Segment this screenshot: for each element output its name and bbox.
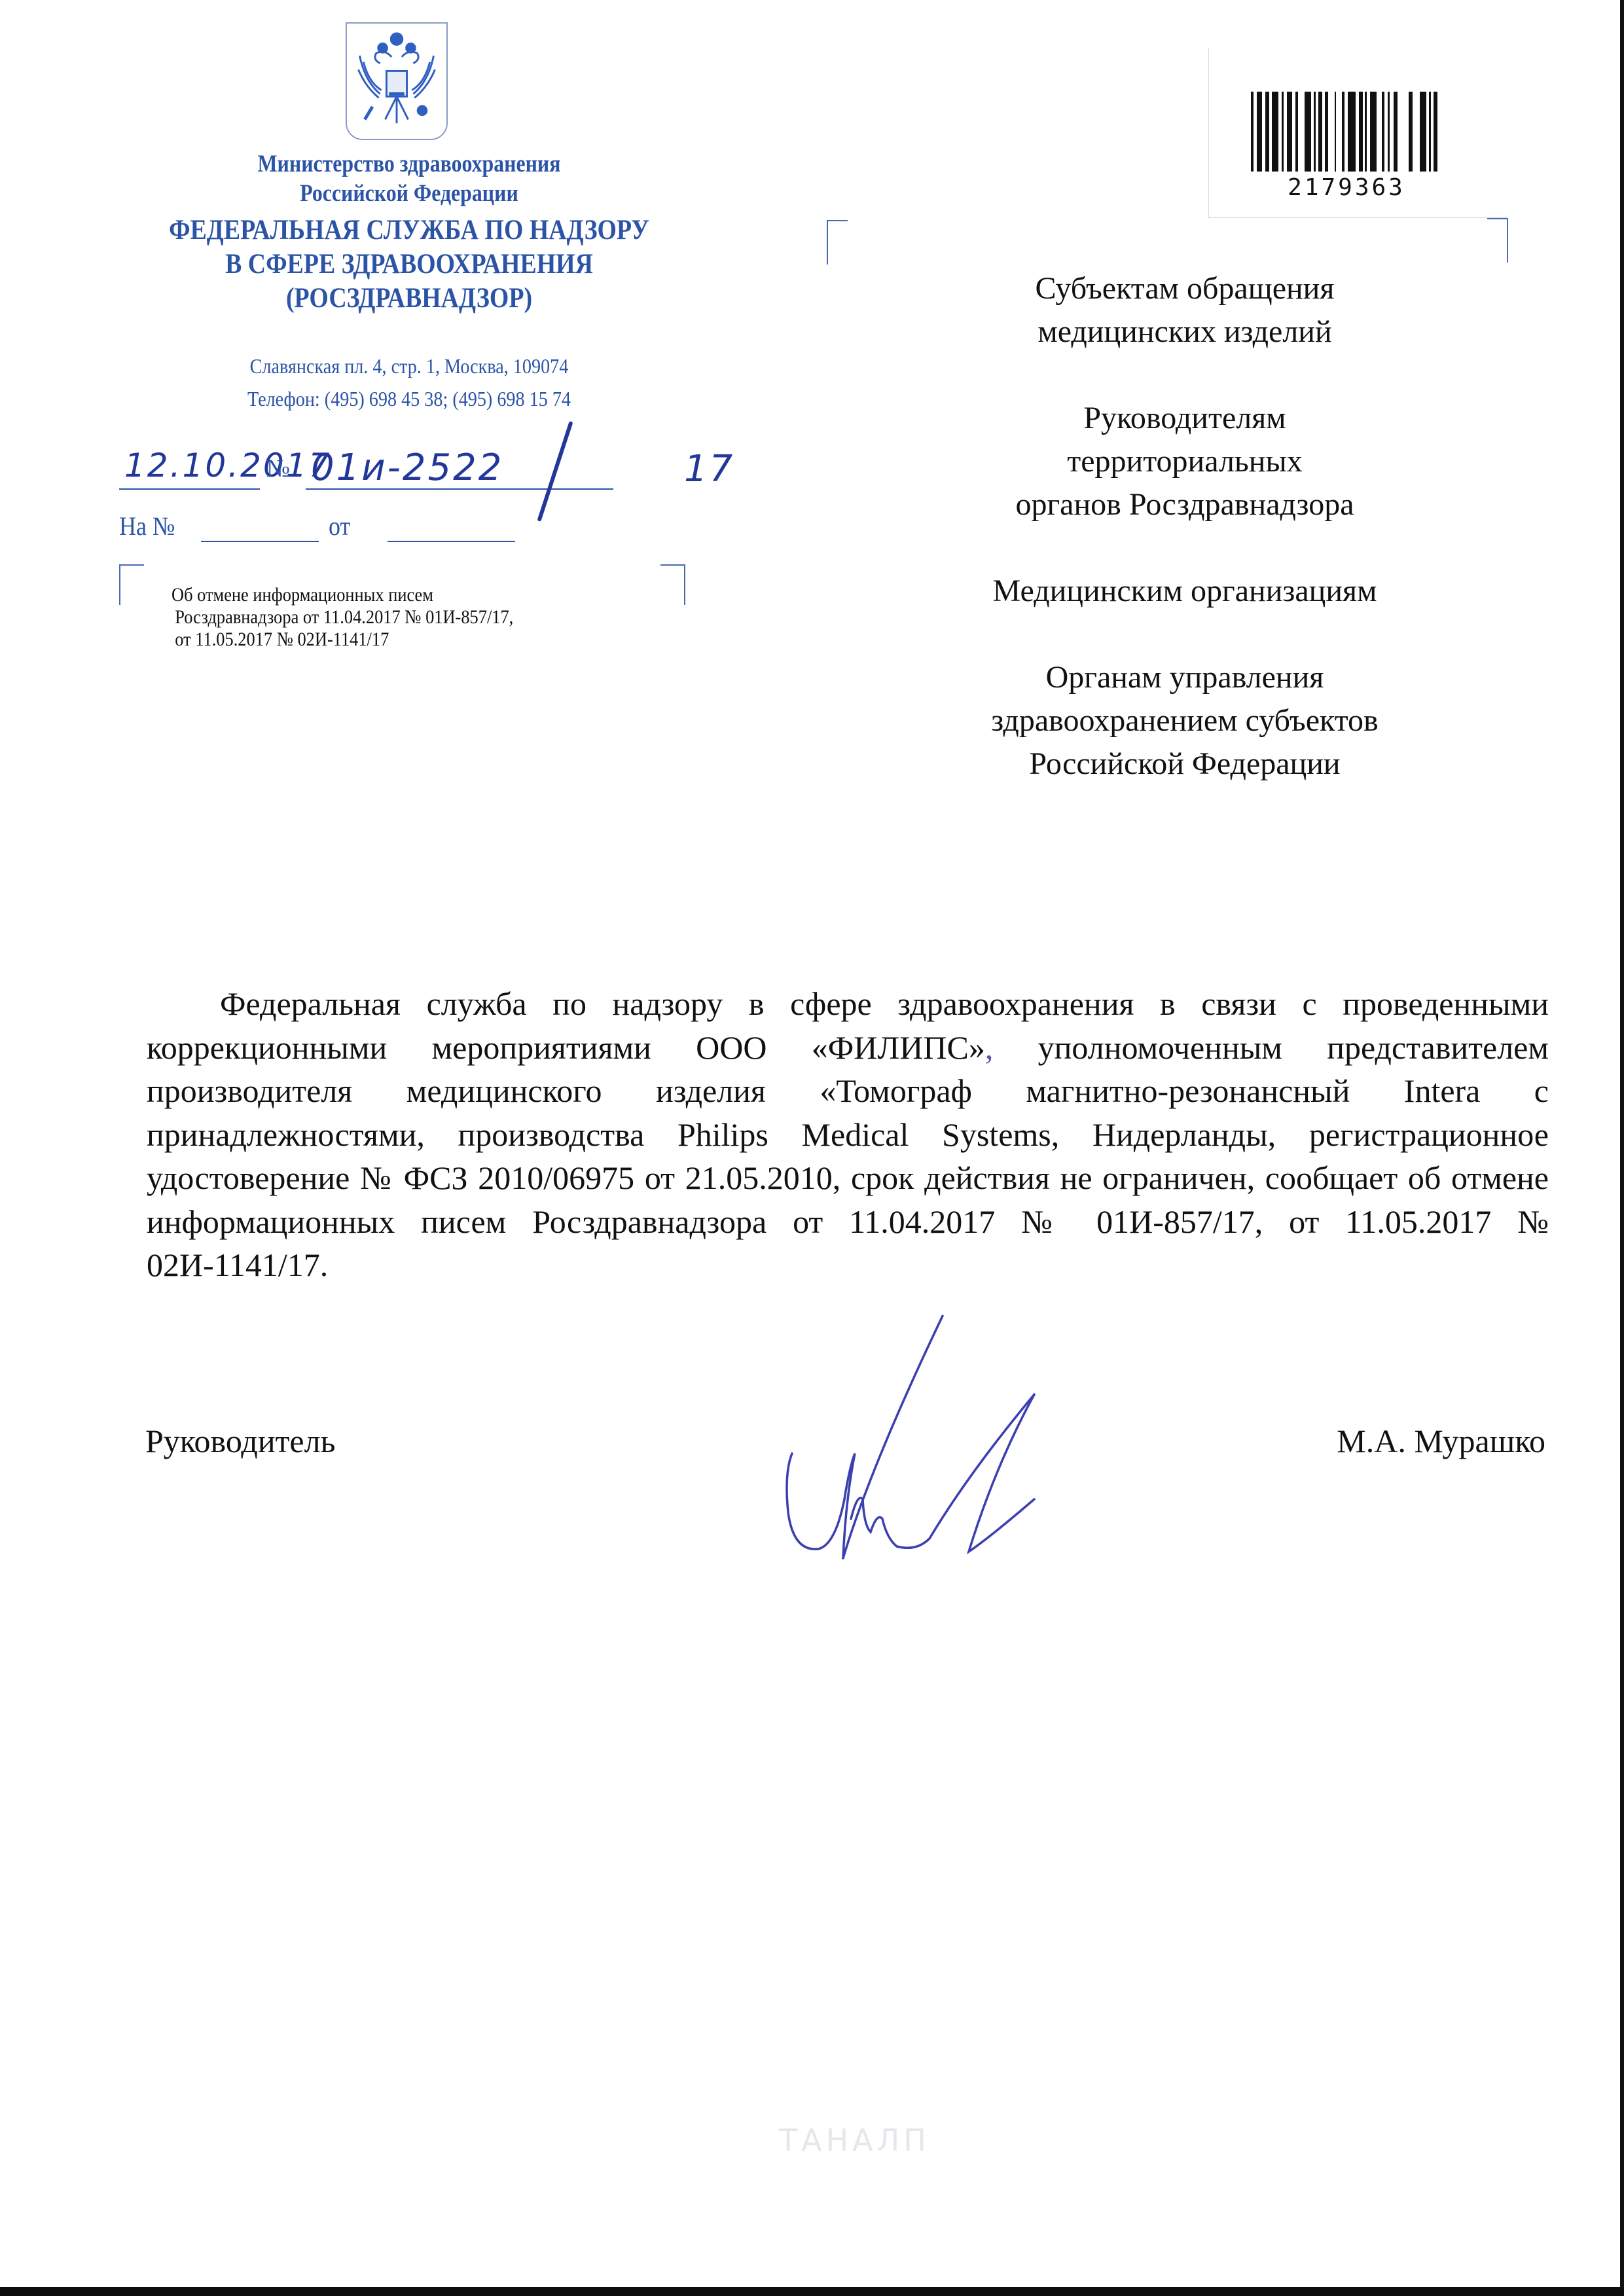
ref-number-label: На № bbox=[119, 511, 175, 541]
number-sign: № bbox=[266, 454, 290, 483]
barcode-label: 2179363 bbox=[1208, 48, 1507, 218]
coat-of-arms-emblem bbox=[346, 22, 448, 140]
addressee-group: Органам управления здравоохранением субъ… bbox=[916, 656, 1453, 786]
subject-bracket-left bbox=[119, 564, 144, 605]
handwritten-number: 01и-2522 bbox=[311, 446, 503, 489]
reference-line: На № от bbox=[119, 511, 689, 550]
ref-number-field bbox=[201, 541, 319, 542]
address: Славянская пл. 4, стр. 1, Москва, 109074 bbox=[141, 350, 677, 382]
handwritten-comma: , bbox=[985, 1029, 994, 1066]
ref-from-label: от bbox=[329, 511, 350, 541]
barcode-icon bbox=[1251, 92, 1437, 172]
subject-bracket-right bbox=[660, 564, 685, 605]
barcode-number: 2179363 bbox=[1248, 174, 1445, 201]
handwritten-date: 12.10.2017 bbox=[124, 446, 331, 484]
scan-edge-bottom bbox=[0, 2287, 1624, 2296]
ministry-name: Министерство здравоохранения Российской … bbox=[147, 149, 671, 208]
subject: Об отмене информационных писем Росздравн… bbox=[171, 584, 609, 651]
addressee-group: Руководителям территориальных органов Ро… bbox=[916, 397, 1453, 526]
signer-name: М.А. Мурашко bbox=[1337, 1422, 1545, 1460]
addressee-bracket-left bbox=[827, 220, 848, 264]
addressee-bracket-right bbox=[1487, 218, 1508, 263]
addressees: Субъектам обращения медицинских изделий … bbox=[916, 267, 1453, 829]
ref-from-field bbox=[388, 541, 515, 542]
addressee-group: Медицинским организациям bbox=[916, 570, 1453, 613]
handwritten-number-suffix: 17 bbox=[684, 448, 734, 490]
signer-role: Руководитель bbox=[145, 1422, 335, 1460]
faint-stamp-mark: ТАНАЛП bbox=[779, 2123, 930, 2158]
handwritten-signature-icon bbox=[772, 1303, 1139, 1565]
body-paragraph: Федеральная служба по надзору в сфере зд… bbox=[147, 982, 1549, 1287]
number-field: 01и-2522 bbox=[306, 445, 613, 490]
service-name: ФЕДЕРАЛЬНАЯ СЛУЖБА ПО НАДЗОРУ В СФЕРЕ ЗД… bbox=[124, 213, 694, 316]
scan-edge-right bbox=[1620, 0, 1624, 2296]
date-field: 12.10.2017 bbox=[119, 445, 260, 490]
phone: Телефон: (495) 698 45 38; (495) 698 15 7… bbox=[141, 382, 677, 415]
addressee-group: Субъектам обращения медицинских изделий bbox=[916, 267, 1453, 354]
russian-coat-of-arms-icon bbox=[347, 24, 446, 139]
service-contacts: Славянская пл. 4, стр. 1, Москва, 109074… bbox=[141, 350, 677, 415]
letter-body: Федеральная служба по надзору в сфере зд… bbox=[147, 982, 1549, 1287]
registration-line: 12.10.2017 № 01и-2522 bbox=[119, 445, 689, 491]
